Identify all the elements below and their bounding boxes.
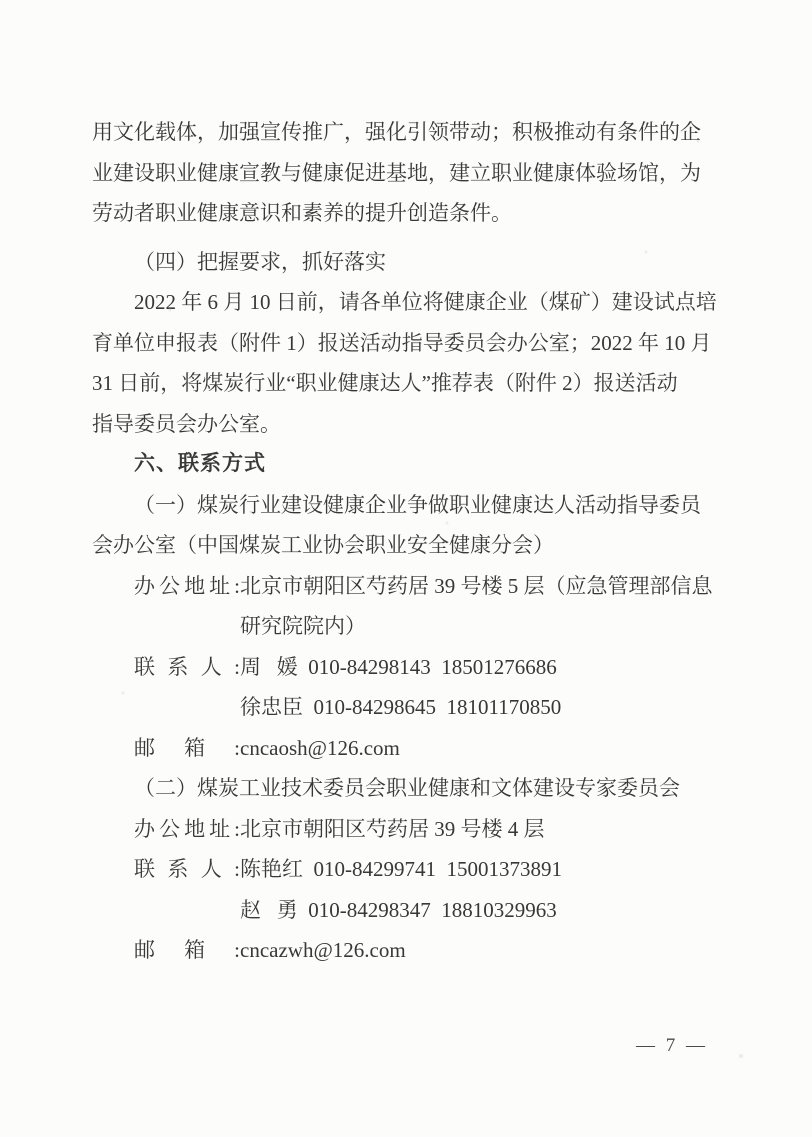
org-1-contact-2-value: 徐忠臣 010-84298645 18101170850 — [240, 687, 740, 728]
org-1-address-value: 北京市朝阳区芍药居 39 号楼 5 层（应急管理部信息 研究院院内） — [240, 566, 740, 647]
org-2-address-row: 办公地址: 北京市朝阳区芍药居 39 号楼 4 层 — [92, 809, 740, 850]
org-2-contact-2-value: 赵 勇 010-84298347 18810329963 — [240, 890, 740, 931]
org-1-contact-row-1: 联系人: 周 媛 010-84298143 18501276686 — [92, 647, 740, 688]
org-1-address-label: 办公地址: — [134, 566, 240, 647]
org-1-contact-2-label-empty — [134, 687, 240, 728]
org-1-email-row: 邮箱: cncaosh@126.com — [92, 728, 740, 769]
org-2-address-label: 办公地址: — [134, 809, 240, 850]
org-2-email-row: 邮箱: cncazwh@126.com — [92, 930, 740, 971]
org-2-contact-2-label-empty — [134, 890, 240, 931]
document-page: 用文化载体，加强宣传推广，强化引领带动；积极推动有条件的企 业建设职业健康宣教与… — [0, 0, 812, 1137]
org-1-contact-1-value: 周 媛 010-84298143 18501276686 — [240, 647, 740, 688]
org-2-email-value: cncazwh@126.com — [240, 930, 740, 971]
section-4-paragraph: 2022 年 6 月 10 日前，请各单位将健康企业（煤矿）建设试点培 育单位申… — [92, 282, 740, 444]
org-2-contact-1-value: 陈艳红 010-84299741 15001373891 — [240, 849, 740, 890]
org-1-title: （一）煤炭行业建设健康企业争做职业健康达人活动指导委员 会办公室（中国煤炭工业协… — [92, 485, 740, 566]
org-1-email-label: 邮箱: — [134, 728, 240, 769]
section-heading-6: 六、联系方式 — [92, 444, 740, 485]
section-heading-4: （四）把握要求，抓好落实 — [92, 242, 740, 283]
org-1-contact-label: 联系人: — [134, 647, 240, 688]
org-2-email-label: 邮箱: — [134, 930, 240, 971]
org-1-address-row: 办公地址: 北京市朝阳区芍药居 39 号楼 5 层（应急管理部信息 研究院院内） — [92, 566, 740, 647]
org-1-contact-row-2: 徐忠臣 010-84298645 18101170850 — [92, 687, 740, 728]
org-2-contact-label: 联系人: — [134, 849, 240, 890]
org-2-address-value: 北京市朝阳区芍药居 39 号楼 4 层 — [240, 809, 740, 850]
org-2-contact-row-1: 联系人: 陈艳红 010-84299741 15001373891 — [92, 849, 740, 890]
org-2-contact-row-2: 赵 勇 010-84298347 18810329963 — [92, 890, 740, 931]
org-2-title: （二）煤炭工业技术委员会职业健康和文体建设专家委员会 — [92, 768, 740, 809]
document-body: 用文化载体，加强宣传推广，强化引领带动；积极推动有条件的企 业建设职业健康宣教与… — [92, 112, 740, 971]
org-1-email-value: cncaosh@126.com — [240, 728, 740, 769]
page-number: — 7 — — [636, 1035, 708, 1057]
continuation-paragraph: 用文化载体，加强宣传推广，强化引领带动；积极推动有条件的企 业建设职业健康宣教与… — [92, 112, 740, 234]
